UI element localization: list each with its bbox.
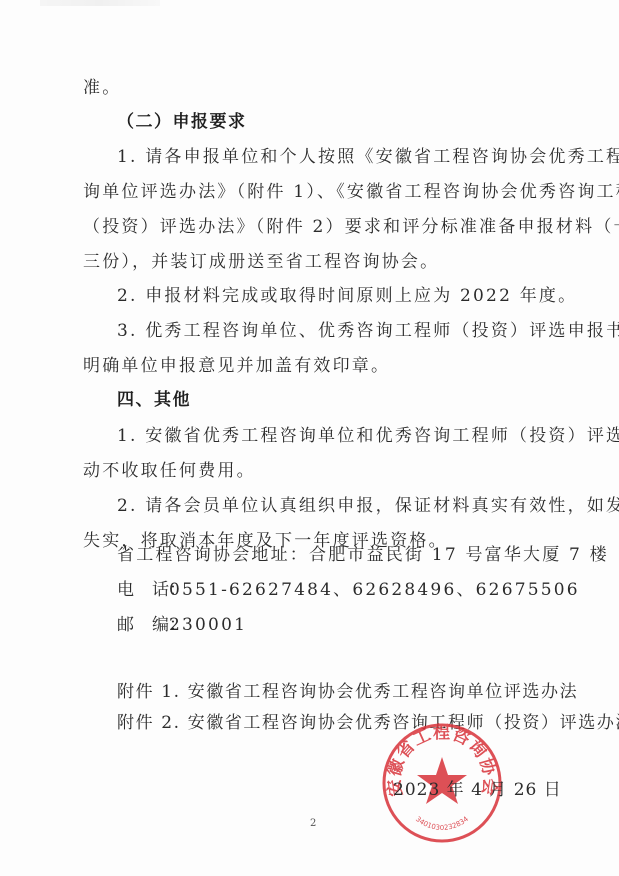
section-heading-other: 四、其他: [117, 389, 577, 411]
contact-address: 省工程咨询协会地址：合肥市益民街 17 号富华大厦 7 楼: [117, 544, 577, 566]
address-label: 省工程咨询协会地址：: [117, 545, 309, 565]
requirement-3-line-1: 3. 优秀工程咨询单位、优秀咨询工程师（投资）评选申报书请: [117, 320, 577, 342]
phone-label: 电话：: [117, 579, 169, 601]
other-1-line-1: 1. 安徽省优秀工程咨询单位和优秀咨询工程师（投资）评选活: [117, 425, 577, 447]
page-number: 2: [310, 818, 316, 829]
attachment-2: 附件 2. 安徽省工程咨询协会优秀咨询工程师（投资）评选办法: [117, 712, 577, 734]
requirement-1-line-1: 1. 请各申报单位和个人按照《安徽省工程咨询协会优秀工程咨: [117, 146, 577, 168]
other-1-line-2: 动不收取任何费用。: [83, 460, 543, 482]
zip-label: 邮编：: [117, 614, 169, 636]
other-2-line-1: 2. 请各会员单位认真组织申报，保证材料真实有效性，如发现: [117, 495, 577, 517]
zip-label-char-1: 邮: [117, 615, 134, 635]
scan-bleed-through: [40, 0, 160, 6]
continuation-text: 准。: [83, 77, 543, 99]
requirement-2: 2. 申报材料完成或取得时间原则上应为 2022 年度。: [117, 285, 577, 307]
contact-zip: 邮编：230001: [117, 614, 577, 636]
zip-value: 230001: [169, 615, 247, 635]
requirement-1-line-4: 三份），并装订成册送至省工程咨询协会。: [83, 251, 543, 273]
contact-phone: 电话：0551-62627484、62628496、62675506: [117, 579, 577, 601]
seal-serial: 3401030232834: [414, 815, 470, 832]
address-value: 合肥市益民街 17 号富华大厦 7 楼: [309, 545, 609, 565]
document-page: 准。 （二）申报要求 1. 请各申报单位和个人按照《安徽省工程咨询协会优秀工程咨…: [0, 0, 619, 876]
issue-date: 2023 年 4 月 26 日: [393, 779, 562, 801]
section-heading-application-requirements: （二）申报要求: [117, 111, 577, 133]
attachment-1: 附件 1. 安徽省工程咨询协会优秀工程咨询单位评选办法: [117, 681, 577, 703]
requirement-1-line-3: （投资）评选办法》（附件 2）要求和评分标准准备申报材料（一式: [83, 216, 543, 238]
requirement-3-line-2: 明确单位申报意见并加盖有效印章。: [83, 355, 543, 377]
requirement-1-line-2: 询单位评选办法》（附件 1）、《安徽省工程咨询协会优秀咨询工程师: [83, 181, 543, 203]
phone-value: 0551-62627484、62628496、62675506: [169, 580, 580, 600]
phone-label-char-1: 电: [117, 580, 134, 600]
